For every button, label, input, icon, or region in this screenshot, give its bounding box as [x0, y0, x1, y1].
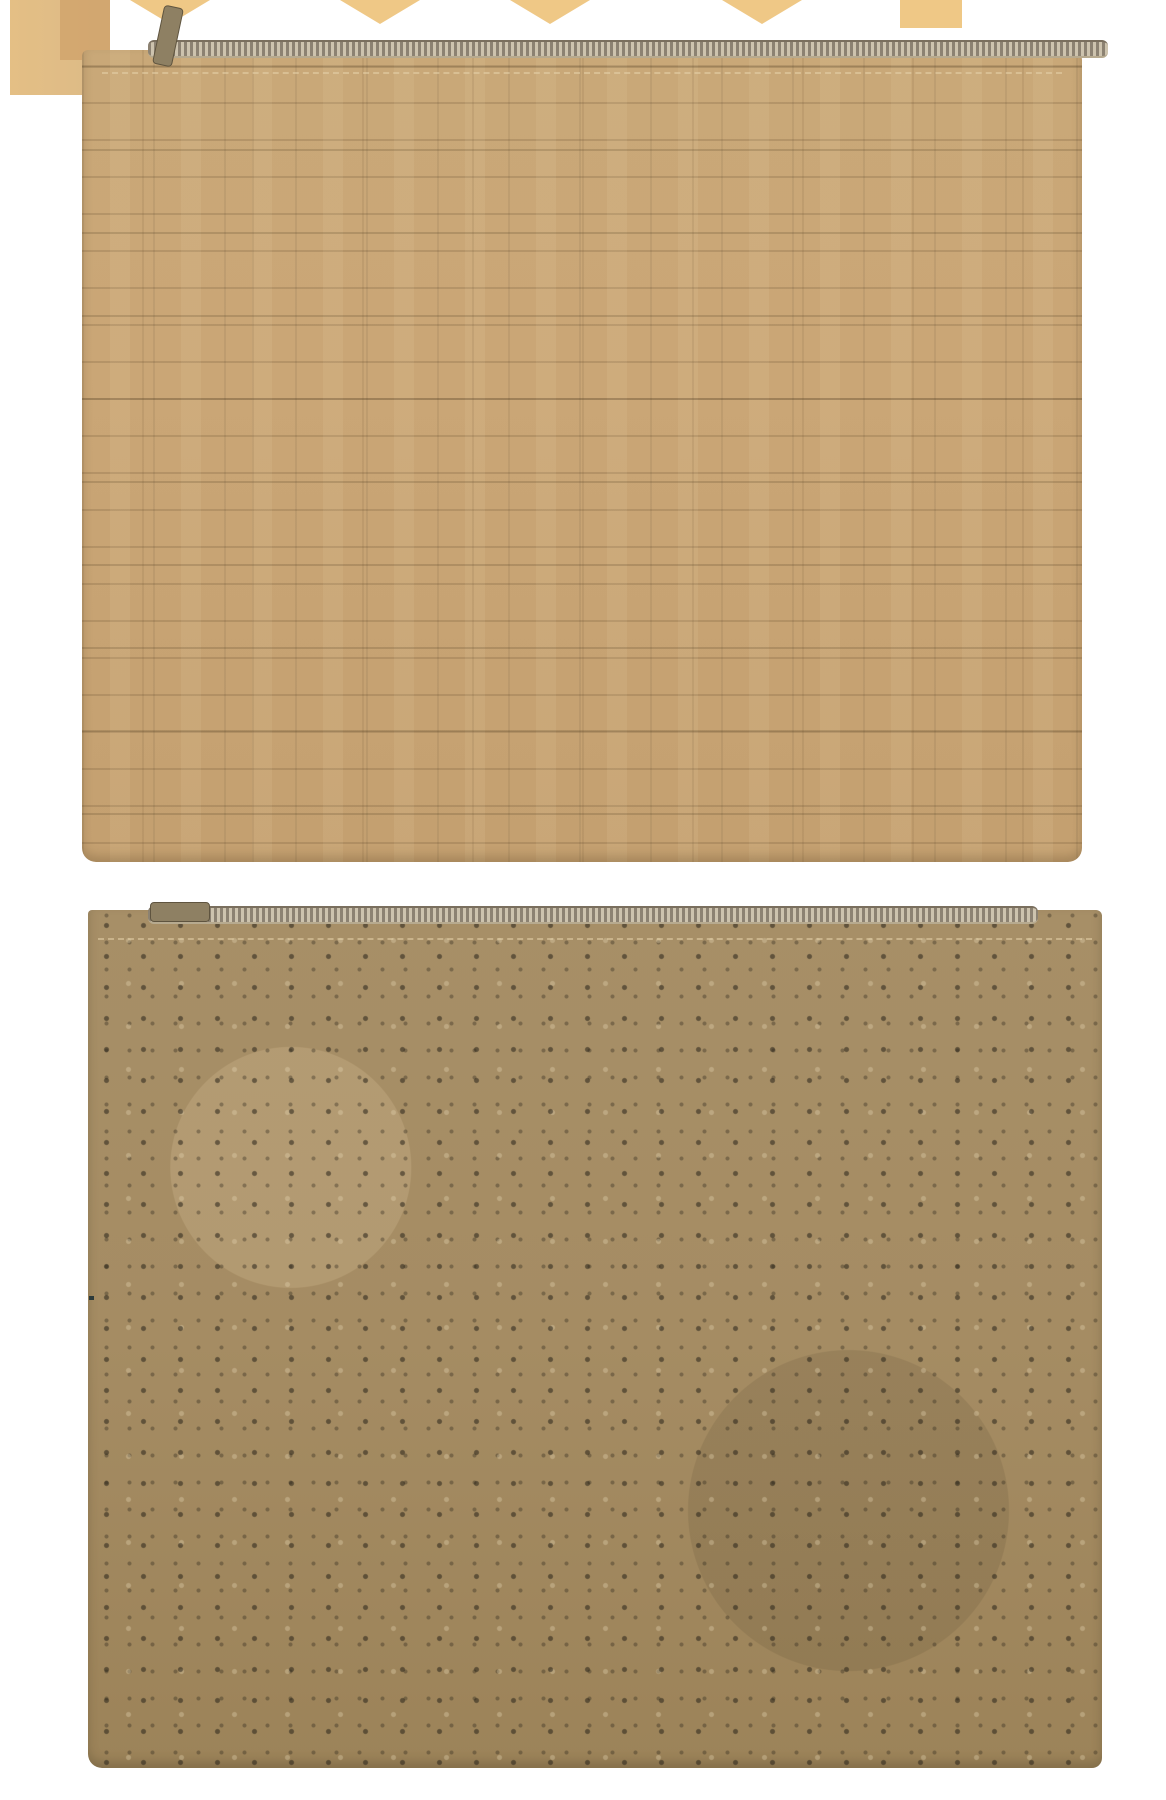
top-stitch — [98, 938, 1092, 940]
cork-speckle-texture — [88, 910, 1102, 1768]
zipper-top-pouch — [148, 40, 1108, 58]
cork-stripe-texture — [82, 50, 1082, 862]
decorative-triangle — [510, 0, 590, 24]
zipper-bottom-pouch — [148, 906, 1038, 924]
top-stitch — [102, 72, 1062, 74]
decorative-triangle — [722, 0, 802, 24]
pouch-striped-cork — [82, 50, 1082, 862]
zipper-pull-bottom-pouch — [150, 902, 210, 922]
pouch-speckled-cork — [88, 910, 1102, 1768]
stray-mark — [89, 1296, 94, 1300]
decorative-triangle — [340, 0, 420, 24]
decorative-block — [900, 0, 962, 28]
